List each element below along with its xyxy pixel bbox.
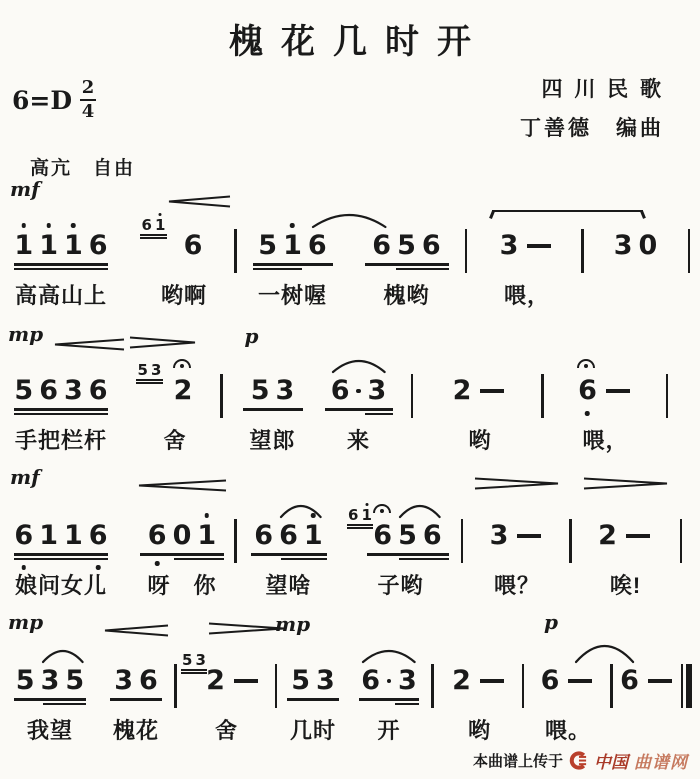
cresc-hairpin-shape xyxy=(166,195,232,208)
note-digit: 3 xyxy=(398,666,417,696)
underline-area xyxy=(8,406,114,418)
barline xyxy=(174,664,177,708)
barline xyxy=(234,229,237,273)
note-digit: 6 xyxy=(14,521,33,551)
note-digit: 3 xyxy=(500,231,519,261)
score-body: mf1116高高山上616哟啊516一树喔656槐哟3喂，30mp5636手把栏… xyxy=(0,181,700,746)
barline xyxy=(461,519,464,563)
note-group: 656槐哟 xyxy=(359,183,455,309)
lyric-text: 高高山上 xyxy=(8,279,114,309)
underline-area xyxy=(592,261,680,273)
grace-note-digit: 5 xyxy=(138,363,148,378)
note-digit: 5 xyxy=(258,231,277,261)
lyric-text: 娘问女儿 xyxy=(8,569,114,599)
note-group: 3喂， xyxy=(479,183,575,309)
ornament-area xyxy=(442,618,518,664)
slur-arc xyxy=(311,215,387,229)
notes-row: 63 xyxy=(353,664,425,696)
barline xyxy=(465,229,468,273)
beam-underline xyxy=(251,553,327,556)
sheet-music-page: 槐花几时开 6=D 2 4 四 川 民 歌 丁善德 编曲 高亢 自由 mf111… xyxy=(0,0,700,779)
lyric-text: 槐花 xyxy=(104,714,168,744)
note-digit: 1 xyxy=(197,521,216,551)
note-group: 3喂？ xyxy=(471,473,563,599)
note-digit: 6 xyxy=(148,521,167,551)
grace-underline xyxy=(136,379,163,381)
slur-arc xyxy=(361,651,417,664)
lyric-text: 舍 xyxy=(181,714,273,744)
grace-underline xyxy=(140,237,167,239)
note-group: 36槐花 xyxy=(104,618,168,744)
notes-row: 1116 xyxy=(8,229,114,261)
dash-line xyxy=(606,389,630,393)
beam-underline-partial xyxy=(396,268,448,271)
key-text: 6=D xyxy=(12,86,72,115)
dash-note xyxy=(645,666,675,696)
underline-area xyxy=(479,261,575,273)
lyric-text: 望啥 xyxy=(245,569,333,599)
underline-area xyxy=(8,261,114,273)
final-barline xyxy=(681,664,693,708)
beam-underline xyxy=(325,408,393,411)
barline xyxy=(431,664,434,708)
slur-arc xyxy=(398,506,442,519)
note-digit: 2 xyxy=(174,376,193,406)
notes-row: 656 xyxy=(359,229,455,261)
score-header: 6=D 2 4 四 川 民 歌 丁善德 编曲 高亢 自由 xyxy=(0,69,700,181)
slur-arc xyxy=(279,506,323,519)
underline-area xyxy=(8,696,92,708)
beam-underline xyxy=(367,553,449,556)
note-group: 61656子哟 xyxy=(347,473,455,599)
note-digit: 6 xyxy=(331,376,350,406)
cresc-hairpin-shape xyxy=(102,624,170,637)
notes-row: 661 xyxy=(245,519,333,551)
grace-note-digit: 1 xyxy=(361,508,371,523)
barline xyxy=(610,664,613,708)
slur-shape xyxy=(41,651,85,664)
note-digit: 3 xyxy=(276,376,295,406)
slur-shape xyxy=(574,646,635,664)
dash-line xyxy=(517,534,541,538)
slur-arc xyxy=(331,361,387,374)
note-digit: 5 xyxy=(65,666,84,696)
underline-area xyxy=(442,696,518,708)
note-group: 616哟啊 xyxy=(140,183,228,309)
note-group: 532舍 xyxy=(181,618,273,744)
note-group: 532舍 xyxy=(136,328,214,454)
underline-area xyxy=(181,696,273,708)
note-group: 516一树喔 xyxy=(247,183,339,309)
note-digit: 5 xyxy=(16,666,35,696)
note-digit: 0 xyxy=(173,521,192,551)
barline xyxy=(234,519,237,563)
grace-notes: 53 xyxy=(136,363,166,378)
ornament-area: p xyxy=(237,328,309,374)
note-group: 6喂， xyxy=(554,328,658,454)
site-name-part1: 中国 xyxy=(594,748,628,773)
notes-row: 53 xyxy=(237,374,309,406)
grace-underline xyxy=(347,524,374,526)
site-logo-icon xyxy=(569,751,588,770)
notes-row: 5636 xyxy=(8,374,114,406)
note-group: mf1116高高山上 xyxy=(8,183,114,309)
lyric-text: 舍 xyxy=(136,424,214,454)
notes-row: 2 xyxy=(442,664,518,696)
slur-shape xyxy=(398,506,442,519)
note-digit: 6 xyxy=(254,521,273,551)
lyric-text: 喂， xyxy=(554,424,658,454)
note-digit: 6 xyxy=(620,666,639,696)
underline-area xyxy=(617,696,679,708)
grace-notes: 61 xyxy=(140,218,170,233)
note-digit: 3 xyxy=(316,666,335,696)
dash-note xyxy=(603,376,633,406)
notes-row: 535 xyxy=(8,664,92,696)
time-numerator: 2 xyxy=(82,79,95,97)
note-digit: 3 xyxy=(490,521,509,551)
note-digit: 6 xyxy=(39,376,58,406)
underline-area xyxy=(245,551,333,563)
dash-note xyxy=(514,521,544,551)
grace-underline xyxy=(181,669,208,671)
decresc-hairpin xyxy=(473,477,561,490)
notes-row: 6116 xyxy=(8,519,114,551)
key-signature: 6=D 2 4 xyxy=(12,79,96,121)
note-group: 661望啥 xyxy=(245,473,333,599)
beam-underline xyxy=(365,263,449,266)
note-digit: 6 xyxy=(361,666,380,696)
dynamic-marking: mp xyxy=(275,614,310,634)
barline xyxy=(688,229,691,273)
note-digit: 6 xyxy=(578,376,597,406)
note-digit: 6 xyxy=(423,521,442,551)
notes-row: 3 xyxy=(479,229,575,261)
slur-shape xyxy=(311,215,387,229)
dash-note xyxy=(565,666,595,696)
notes-row: 63 xyxy=(319,374,399,406)
ornament-area: mp xyxy=(8,328,114,374)
lyric-text: 呀 你 xyxy=(134,569,230,599)
tempo-marking: 高亢 自由 xyxy=(30,153,135,180)
ornament-area xyxy=(471,473,563,519)
note-digit: 5 xyxy=(398,521,417,551)
note-group: 63来 xyxy=(319,328,399,454)
underline-area xyxy=(140,261,228,273)
lyric-text: 子哟 xyxy=(347,569,455,599)
lyric-text: 喂。 xyxy=(530,714,606,744)
augmentation-dot xyxy=(387,679,392,684)
underline-area xyxy=(281,696,345,708)
beam-underline-partial xyxy=(253,268,303,271)
underline-area xyxy=(471,551,563,563)
ornament-area xyxy=(580,473,672,519)
beam-underline xyxy=(14,558,108,561)
lyric-text: 来 xyxy=(319,424,399,454)
note-digit: 3 xyxy=(614,231,633,261)
notes-row: 6 xyxy=(617,664,679,696)
underline-area xyxy=(8,551,114,563)
underline-area xyxy=(347,551,455,563)
dynamic-marking: p xyxy=(544,612,558,632)
notes-row: 601 xyxy=(134,519,230,551)
beam-underline xyxy=(253,263,333,266)
dash-note xyxy=(524,231,554,261)
note-group: p53望郎 xyxy=(237,328,309,454)
notes-row: 3 xyxy=(471,519,563,551)
ornament-area xyxy=(479,183,575,229)
note-group: 30 xyxy=(592,183,680,309)
note-group: p6喂。 xyxy=(530,618,606,744)
slur-shape xyxy=(331,361,387,374)
note-digit: 2 xyxy=(452,666,471,696)
note-group: 601呀 你 xyxy=(134,473,230,599)
beam-underline xyxy=(14,408,108,411)
music-system: mp5636手把栏杆532舍p53望郎63来2哟6喂， xyxy=(8,328,694,456)
time-denominator: 4 xyxy=(82,103,95,121)
grace-note-digit: 3 xyxy=(195,653,205,668)
dash-line xyxy=(527,244,551,248)
decresc-hairpin-shape xyxy=(473,477,561,490)
lyric-text: 哟 xyxy=(425,424,535,454)
underline-area xyxy=(319,406,399,418)
note-digit: 3 xyxy=(64,376,83,406)
dash-line xyxy=(626,534,650,538)
note-digit: 5 xyxy=(251,376,270,406)
note-digit: 1 xyxy=(64,521,83,551)
dot-separator xyxy=(354,376,364,406)
underline-area xyxy=(136,406,214,418)
notes-row: 36 xyxy=(104,664,168,696)
barline xyxy=(411,374,414,418)
note-digit: 6 xyxy=(89,231,108,261)
music-system: mf1116高高山上616哟啊516一树喔656槐哟3喂，30 xyxy=(8,183,694,311)
notes-row: 516 xyxy=(247,229,339,261)
ornament-area: mf xyxy=(8,473,114,519)
ornament-area xyxy=(425,328,535,374)
note-digit: 2 xyxy=(598,521,617,551)
note-group: 2哟 xyxy=(425,328,535,454)
note-digit: 5 xyxy=(291,666,310,696)
ornament-area xyxy=(554,328,658,374)
cresc-hairpin xyxy=(102,624,170,637)
cresc-hairpin-shape xyxy=(52,338,126,351)
note-group: 6 xyxy=(617,618,679,744)
music-system: mp535我望36槐花532舍mp53几时63开2哟p6喂。6 xyxy=(8,618,694,746)
cresc-hairpin-shape xyxy=(136,479,228,492)
grace-note-digit: 3 xyxy=(151,363,161,378)
ornament-area: 53 xyxy=(181,618,273,664)
dynamic-marking: mf xyxy=(10,467,40,487)
beam-underline-partial xyxy=(399,558,448,561)
underline-area xyxy=(134,551,230,563)
note-digit: 6 xyxy=(279,521,298,551)
barline xyxy=(220,374,223,418)
fermata-icon xyxy=(373,504,391,513)
notes-row: 6 xyxy=(554,374,658,406)
note-group: mp535我望 xyxy=(8,618,92,744)
beam-underline xyxy=(14,413,108,416)
notes-row: 30 xyxy=(592,229,680,261)
credits: 四 川 民 歌 丁善德 编曲 xyxy=(520,71,664,149)
note-digit: 1 xyxy=(304,521,323,551)
beam-underline xyxy=(14,553,108,556)
tie-bracket xyxy=(492,210,643,219)
note-digit: 6 xyxy=(308,231,327,261)
barline xyxy=(569,519,572,563)
beam-underline xyxy=(110,698,162,701)
barline xyxy=(680,519,683,563)
cresc-hairpin xyxy=(166,195,232,208)
note-group: 2唉! xyxy=(580,473,672,599)
dash-line xyxy=(234,679,258,683)
dot-separator xyxy=(384,666,394,696)
note-digit: 5 xyxy=(397,231,416,261)
lyric-text: 槐哟 xyxy=(359,279,455,309)
note-digit: 6 xyxy=(422,231,441,261)
underline-area xyxy=(247,261,339,273)
lyric-text xyxy=(592,279,680,309)
barline xyxy=(522,664,525,708)
watermark: 本曲谱上传于 中国曲谱网 xyxy=(473,748,688,773)
barline xyxy=(541,374,544,418)
note-digit: 6 xyxy=(372,231,391,261)
lyric-text: 望郎 xyxy=(237,424,309,454)
lyric-text: 几时 xyxy=(281,714,345,744)
beam-underline xyxy=(14,698,86,701)
lyric-text: 哟啊 xyxy=(140,279,228,309)
underline-area xyxy=(353,696,425,708)
beam-underline-partial xyxy=(43,703,86,706)
grace-notes: 61 xyxy=(347,508,377,523)
underline-area xyxy=(237,406,309,418)
beam-underline-partial xyxy=(365,413,392,416)
grace-underline xyxy=(181,672,208,674)
note-digit: 1 xyxy=(39,231,58,261)
barline xyxy=(666,374,669,418)
lyric-text: 喂， xyxy=(479,279,575,309)
dash-note xyxy=(477,666,507,696)
note-digit: 3 xyxy=(368,376,387,406)
ornament-area: mp xyxy=(281,618,345,664)
ornament-area xyxy=(592,183,680,229)
augmentation-dot xyxy=(356,389,361,394)
notes-row: 6 xyxy=(530,664,606,696)
grace-note-digit: 1 xyxy=(155,218,165,233)
cresc-hairpin xyxy=(52,338,126,351)
beam-underline xyxy=(359,698,419,701)
score-title: 槐花几时开 xyxy=(0,0,700,63)
underline-area xyxy=(104,696,168,708)
lyric-text: 一树喔 xyxy=(247,279,339,309)
slur-shape xyxy=(279,506,323,519)
dynamic-marking: mp xyxy=(8,324,43,344)
note-digit: 3 xyxy=(41,666,60,696)
lyric-text: 我望 xyxy=(8,714,92,744)
note-group: 63开 xyxy=(353,618,425,744)
note-digit: 6 xyxy=(373,521,392,551)
beam-underline xyxy=(287,698,339,701)
underline-area xyxy=(580,551,672,563)
note-digit: 6 xyxy=(139,666,158,696)
arranger-label: 丁善德 编曲 xyxy=(520,110,664,149)
slur-shape xyxy=(361,651,417,664)
dynamic-marking: mf xyxy=(10,179,40,199)
beam-underline-partial xyxy=(395,703,419,706)
note-digit: 6 xyxy=(89,521,108,551)
beam-underline xyxy=(140,553,224,556)
lyric-text: 哟 xyxy=(442,714,518,744)
beam-underline xyxy=(14,263,108,266)
notes-row: 53 xyxy=(281,664,345,696)
dash-line xyxy=(568,679,592,683)
note-digit: 0 xyxy=(639,231,658,261)
final-barline-thin xyxy=(681,664,684,708)
note-digit: 5 xyxy=(14,376,33,406)
barline xyxy=(581,229,584,273)
ornament-area xyxy=(104,618,168,664)
beam-underline xyxy=(243,408,303,411)
note-digit: 1 xyxy=(39,521,58,551)
underline-area xyxy=(359,261,455,273)
dash-note xyxy=(231,666,261,696)
note-group: mp5636手把栏杆 xyxy=(8,328,114,454)
decresc-hairpin-shape xyxy=(582,477,670,490)
slur-arc xyxy=(574,646,635,664)
grace-note-digit: 6 xyxy=(348,508,358,523)
dash-line xyxy=(480,389,504,393)
note-digit: 2 xyxy=(453,376,472,406)
note-group: mf6116娘问女儿 xyxy=(8,473,114,599)
ornament-area: 61 xyxy=(140,183,228,229)
decresc-hairpin xyxy=(582,477,670,490)
note-digit: 1 xyxy=(14,231,33,261)
source-label: 四 川 民 歌 xyxy=(520,71,664,110)
notes-row: 2 xyxy=(580,519,672,551)
note-digit: 1 xyxy=(283,231,302,261)
beam-underline-partial xyxy=(281,558,327,561)
grace-underline xyxy=(140,234,167,236)
watermark-text: 本曲谱上传于 xyxy=(473,750,563,771)
dynamic-marking: mp xyxy=(8,612,43,632)
lyric-text xyxy=(617,714,679,744)
time-signature: 2 4 xyxy=(80,79,96,121)
cresc-hairpin xyxy=(136,479,228,492)
lyric-text: 喂？ xyxy=(471,569,563,599)
decresc-hairpin xyxy=(128,336,198,349)
dash-line xyxy=(648,679,672,683)
underline-area xyxy=(554,406,658,418)
note-group: 2哟 xyxy=(442,618,518,744)
final-barline-thick xyxy=(686,664,692,708)
site-name-part2: 曲谱网 xyxy=(634,748,688,773)
underline-area xyxy=(425,406,535,418)
underline-area xyxy=(530,696,606,708)
lyric-text: 开 xyxy=(353,714,425,744)
dash-note xyxy=(623,521,653,551)
beam-underline xyxy=(14,268,108,271)
note-digit: 6 xyxy=(184,231,203,261)
slur-arc xyxy=(41,651,85,664)
dynamic-marking: p xyxy=(245,326,259,346)
ornament-area xyxy=(134,473,230,519)
lyric-text: 唉! xyxy=(580,569,672,599)
music-system: mf6116娘问女儿601呀 你661望啥61656子哟3喂？2唉! xyxy=(8,473,694,601)
note-digit: 1 xyxy=(64,231,83,261)
note-group: mp53几时 xyxy=(281,618,345,744)
barline xyxy=(275,664,278,708)
decresc-hairpin-shape xyxy=(128,336,198,349)
